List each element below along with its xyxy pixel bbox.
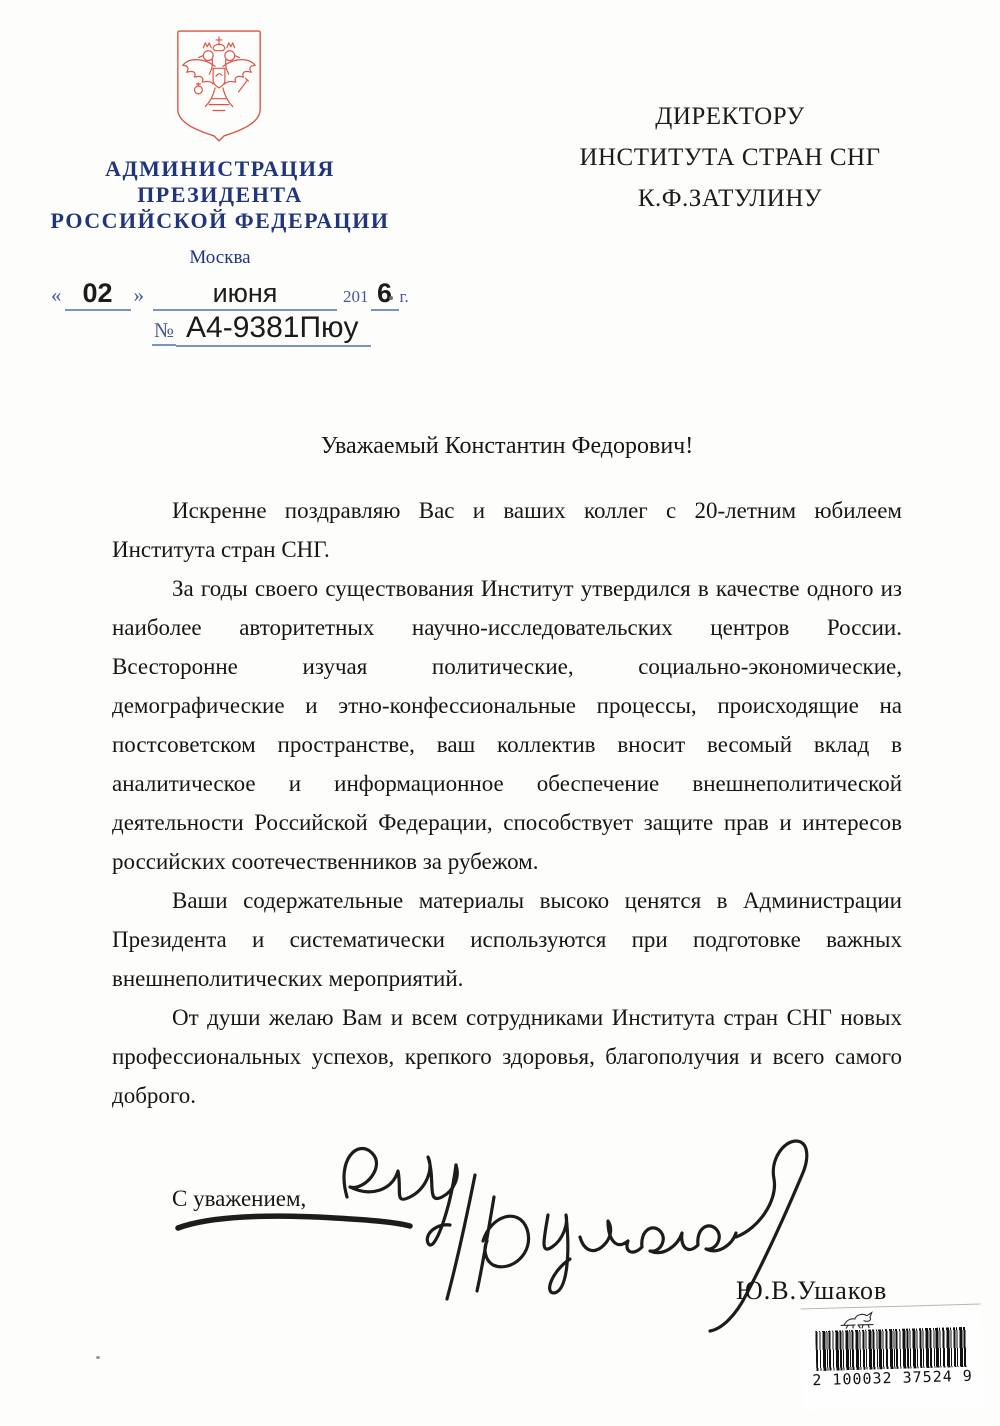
paragraph: Ваши содержательные материалы высоко цен…	[112, 881, 902, 998]
date-line: « 02 » июня 201 6 г.	[48, 278, 409, 311]
recipient-line: ИНСТИТУТА СТРАН СНГ	[540, 137, 920, 178]
russian-coat-of-arms-icon	[170, 26, 268, 144]
letterhead-city: Москва	[36, 247, 404, 269]
scan-speck	[389, 296, 393, 300]
org-line: АДМИНИСТРАЦИЯ	[36, 156, 404, 182]
letterhead-org: АДМИНИСТРАЦИЯ ПРЕЗИДЕНТА РОССИЙСКОЙ ФЕДЕ…	[36, 156, 404, 234]
salutation: Уважаемый Константин Федорович!	[112, 433, 902, 460]
reference-line: № А4-9381Пюу	[152, 311, 371, 347]
reference-number: А4-9381Пюу	[176, 311, 371, 347]
recipient-line: К.Ф.ЗАТУЛИНУ	[540, 178, 920, 219]
mini-eagle-icon	[837, 1310, 881, 1329]
paragraph: Искренне поздравляю Вас и ваших коллег с…	[112, 491, 902, 569]
org-line: РОССИЙСКОЙ ФЕДЕРАЦИИ	[36, 208, 404, 234]
org-line: ПРЕЗИДЕНТА	[36, 182, 404, 208]
date-month: июня	[153, 278, 337, 311]
recipient-block: ДИРЕКТОРУ ИНСТИТУТА СТРАН СНГ К.Ф.ЗАТУЛИ…	[540, 96, 920, 219]
closing-phrase: С уважением,	[172, 1186, 306, 1212]
paragraph: За годы своего существования Институт ут…	[112, 569, 902, 881]
signatory-name: Ю.В.Ушаков	[736, 1276, 887, 1306]
date-day: 02	[65, 278, 131, 311]
close-quote: »	[131, 283, 148, 308]
date-year-digit: 6	[371, 278, 399, 311]
paragraph: От души желаю Вам и всем сотрудниками Ин…	[112, 998, 902, 1115]
handwritten-signature	[150, 1130, 850, 1345]
scan-speck	[96, 1356, 100, 1359]
date-year-suffix: г.	[400, 287, 409, 307]
scanned-letter-page: АДМИНИСТРАЦИЯ ПРЕЗИДЕНТА РОССИЙСКОЙ ФЕДЕ…	[0, 0, 1000, 1426]
open-quote: «	[48, 283, 65, 308]
barcode-image	[815, 1327, 968, 1371]
date-year-prefix: 201	[343, 287, 369, 307]
barcode-digits: 2 100032 37524 9	[802, 1366, 982, 1389]
barcode-sticker: 2 100032 37524 9	[801, 1304, 984, 1412]
recipient-line: ДИРЕКТОРУ	[540, 96, 920, 137]
number-sign: №	[152, 318, 176, 346]
letter-body: Уважаемый Константин Федорович! Искренне…	[112, 433, 902, 1115]
